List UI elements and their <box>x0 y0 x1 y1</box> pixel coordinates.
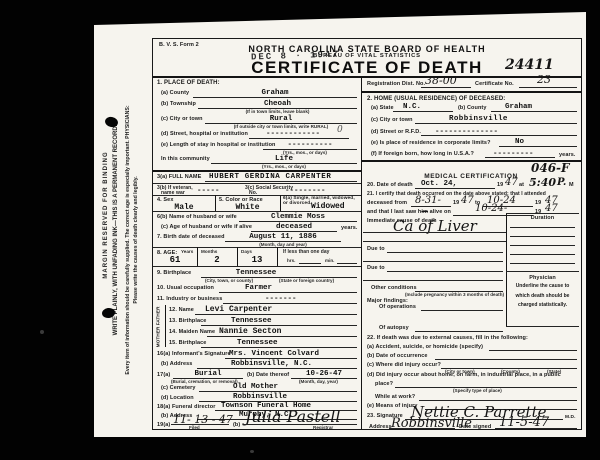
township-value: Cheoah <box>198 100 357 108</box>
cause-line <box>363 280 503 281</box>
field-line <box>499 146 577 147</box>
mother-birthplace-label: 15. Birthplace <box>169 340 206 346</box>
margin-binding-text: MARGIN RESERVED FOR BINDING <box>103 151 109 278</box>
birthplace-note2: (State or foreign country) <box>279 278 334 283</box>
preprinted-19a: 19 <box>497 182 503 188</box>
cause-line <box>363 241 506 242</box>
informant-address-label: (b) Address <box>161 361 192 367</box>
preprinted-19c: 19 <box>535 200 541 206</box>
cell-divider <box>280 195 281 211</box>
duration-box-left <box>506 213 507 326</box>
community-note: (Yrs., mos., or days) <box>211 164 357 169</box>
duration-line <box>510 227 575 228</box>
mother-name-label: 14. Maiden Name <box>169 329 215 335</box>
birth-date-value: August 11, 1886 <box>225 233 341 241</box>
ssn-value: --------- <box>285 187 326 195</box>
physician-note-header: Physician <box>506 275 579 281</box>
external-d-note: (Specify type of place) <box>453 388 502 393</box>
spouse-value: Clemmie Moss <box>239 213 357 221</box>
community-label: In this community <box>161 156 210 162</box>
informant-label: 16(a) Informant's Signature <box>157 351 231 357</box>
death-year-handwritten: 47 <box>505 177 518 188</box>
of-autopsy-label: Of autopsy <box>379 325 409 331</box>
age-days-header: Days <box>241 249 252 254</box>
field-line <box>225 358 357 359</box>
duration-box-top <box>506 213 579 214</box>
field-line <box>195 314 357 315</box>
field-line <box>337 263 357 264</box>
field-line <box>415 188 495 189</box>
external-d-label2: place? <box>375 381 393 387</box>
father-birthplace-value: Tennessee <box>231 317 272 325</box>
scan-noise-speck <box>250 450 254 453</box>
attended-from-year: 47 <box>461 195 474 206</box>
preprinted-19b: 19 <box>453 200 459 206</box>
field-line <box>419 400 577 401</box>
corporate-limits-value: No <box>515 138 524 146</box>
at-label: at <box>519 182 524 188</box>
street-label: (d) Street, hospital or institution <box>161 131 248 137</box>
certificate-no-label: Certificate No. <box>475 81 514 87</box>
field-line <box>243 424 357 425</box>
field-line <box>389 428 455 429</box>
burial-type-note: (Burial, cremation, or removal) <box>171 379 238 384</box>
field-line <box>239 221 357 222</box>
field-line <box>421 87 471 88</box>
age-days-value: 13 <box>237 255 277 265</box>
field-line <box>489 350 577 351</box>
filed-label: Filed <box>189 425 200 430</box>
city-note: (If outside city or town limits, write R… <box>205 124 357 129</box>
last-saw-label: and that I last saw him alive on <box>367 209 451 215</box>
age-months-value: 2 <box>197 255 237 265</box>
field-line <box>249 138 349 139</box>
field-line <box>415 331 503 332</box>
father-name-label: 12. Name <box>169 307 194 313</box>
external-b-label: (b) Date of occurrence <box>367 353 428 359</box>
field-line <box>393 111 453 112</box>
of-operations-label: Of operations <box>379 304 416 310</box>
stay-value: ---------- <box>263 141 357 149</box>
field-line <box>193 97 357 98</box>
years-label: years. <box>341 225 358 231</box>
home-street-label: (d) Street or R.F.D. <box>371 129 421 135</box>
filed-num-label: 19(a) <box>157 422 170 428</box>
field-line <box>299 263 321 264</box>
row-line <box>153 266 361 267</box>
certificate-page: MARGIN RESERVED FOR BINDING WRITE PLAINL… <box>94 12 586 437</box>
margin-every-item-text: Every item of information should be care… <box>125 105 131 374</box>
field-line <box>251 231 337 232</box>
other-conditions-note: (Include pregnancy within 3 months of de… <box>405 292 504 297</box>
birthplace-value: Tennessee <box>201 269 311 277</box>
duration-line <box>510 254 575 255</box>
home-county-value: Graham <box>505 103 532 111</box>
veteran-value: ----- <box>197 187 220 195</box>
death-time-handwritten: 5:40 <box>529 176 556 189</box>
md-label: M.D. <box>565 415 576 420</box>
spouse-label: 6(b) Name of husband or wife <box>157 214 237 220</box>
physician-box-bottom <box>506 326 579 327</box>
header-divider <box>153 76 581 78</box>
father-tag: FATHER <box>157 307 162 326</box>
field-line <box>519 87 577 88</box>
place-of-death-heading: 1. PLACE OF DEATH: <box>157 80 220 86</box>
row-line <box>153 211 361 212</box>
street-value: ------------ <box>249 130 337 138</box>
city-value: Rural <box>205 115 357 123</box>
burial-date-note: (Month, day, year) <box>299 379 338 384</box>
city-label: (c) City or town <box>161 116 203 122</box>
funeral-director-label: 18(a) Funeral director <box>157 404 215 410</box>
foreign-years-label: years. <box>559 152 576 158</box>
due-to-2-label: Due to <box>367 265 385 271</box>
home-state-label: (a) State <box>371 105 394 111</box>
physician-note-text: Underline the cause to which death shoul… <box>509 282 576 311</box>
scanned-death-certificate: MARGIN RESERVED FOR BINDING WRITE PLAINL… <box>0 0 600 460</box>
field-line <box>411 206 451 207</box>
m-label: M <box>569 182 574 188</box>
mother-tag: MOTHER <box>157 327 162 348</box>
marital-label2: or divorced. <box>283 201 312 206</box>
margin-please-text: Please write the causes of death clearly… <box>133 176 139 303</box>
while-at-work-label: While at work? <box>375 394 415 400</box>
marital-value: Widowed <box>311 202 345 211</box>
row-line <box>153 183 361 184</box>
scan-noise-speck <box>40 330 44 334</box>
age-years-header: Years <box>181 249 193 254</box>
section-divider <box>153 170 361 172</box>
informant-value: Mrs. Vincent Colvard <box>229 350 319 358</box>
township-label: (b) Township <box>161 101 196 107</box>
stay-label: (e) Length of stay in hospital or instit… <box>161 142 276 148</box>
county-value: Graham <box>193 89 357 97</box>
full-name-value: HUBERT GERDINA CARPENTER <box>209 173 331 181</box>
birth-date-label: 7. Birth date of deceased <box>157 234 225 240</box>
external-d-label1: (d) Did injury occur about home, on farm… <box>367 372 561 378</box>
field-line <box>171 424 229 425</box>
field-line <box>197 368 357 369</box>
cemetery-label: (c) Cemetery <box>161 385 196 391</box>
father-birthplace-label: 13. Birthplace <box>169 318 206 324</box>
field-line <box>421 310 503 311</box>
pm-handwritten: P. <box>557 177 566 188</box>
township-note: (If in town limits, leave blank) <box>198 109 357 114</box>
external-c-label: (c) Where did injury occur? <box>367 362 441 368</box>
birthplace-label: 9. Birthplace <box>157 270 191 276</box>
registrar-label: Registrar <box>313 425 333 430</box>
means-of-injury-label: (e) Means of injury <box>367 403 418 409</box>
burial-type-value: Burial <box>173 370 243 378</box>
burial-date-value: 10-26-47 <box>291 370 357 378</box>
registrar-b-label: (b) <box>233 422 240 428</box>
street-handwritten-mark: 0 <box>337 125 343 135</box>
field-line <box>201 325 357 326</box>
other-conditions-label: Other conditions <box>371 285 417 291</box>
certificate-form: B. V. S. Form 2 DEC 8 · 1947 NORTH CAROL… <box>152 38 582 430</box>
field-line <box>199 391 357 392</box>
birthplace-note1: (City, town, or county) <box>205 278 253 283</box>
row-line <box>153 247 361 248</box>
home-county-label: (b) County <box>458 105 487 111</box>
full-name-label: 3(a) FULL NAME <box>157 174 201 180</box>
serial-number: 24411 <box>505 57 554 73</box>
field-line <box>205 181 357 182</box>
due-to-1-label: Due to <box>367 246 385 252</box>
occupation-value: Farmer <box>245 284 272 292</box>
duration-line <box>510 263 575 264</box>
industry-label: 11. Industry or business <box>157 296 222 302</box>
mother-birthplace-value: Tennessee <box>237 339 278 347</box>
physician-address-label: Address <box>369 424 392 430</box>
foreign-born-value: --------- <box>493 150 534 158</box>
burial-num-label: 17(a) <box>157 372 170 378</box>
field-line <box>387 252 503 253</box>
foreign-born-label: (f) If foreign born, how long in U.S.A.? <box>371 151 474 157</box>
attended-from-value: 8-31- <box>415 195 441 206</box>
hrs-label: hrs. <box>287 258 295 263</box>
section-divider <box>361 91 581 93</box>
father-name-value: Levi Carpenter <box>205 305 272 314</box>
registration-dist-label: Registration Dist. No. <box>367 81 425 87</box>
field-line <box>415 123 577 124</box>
industry-value: ------- <box>265 295 297 303</box>
column-divider <box>361 76 362 429</box>
certify-line1: 21. I certify that death occurred on the… <box>367 191 546 197</box>
strikethrough-pronoun: im <box>421 209 428 215</box>
home-heading: 2. HOME (USUAL RESIDENCE) OF DECEASED: <box>367 96 505 102</box>
last-saw-date: 10-24- <box>475 203 507 214</box>
community-value: Life <box>211 155 357 163</box>
registration-dist-value: 38-00 <box>425 74 457 87</box>
certificate-no-value: 23 <box>537 73 551 86</box>
margin-plainly-text: WRITE PLAINLY, WITH UNFADING INK—THIS IS… <box>113 125 119 336</box>
age-less-header: If less than one day <box>283 249 329 255</box>
corporate-limits-label: (e) Is place of residence in corporate l… <box>371 140 491 146</box>
cemetery-value: Old Mother <box>233 383 278 391</box>
duration-line <box>510 245 575 246</box>
spouse-age-value: deceased <box>251 223 337 231</box>
field-line <box>491 111 577 112</box>
parent-bracket <box>165 305 166 347</box>
field-line <box>223 303 357 304</box>
spouse-age-label: (c) Age of husband or wife if alive <box>161 224 252 230</box>
home-state-value: N.C. <box>403 103 421 111</box>
home-street-value: -------------- <box>435 128 498 136</box>
occupation-label: 10. Usual occupation <box>157 285 214 291</box>
age-months-header: Months <box>201 249 217 254</box>
date-signed-label: Date signed <box>459 424 491 430</box>
field-line <box>219 292 357 293</box>
duration-line <box>510 236 575 237</box>
location-value: Robbinsville <box>233 393 287 401</box>
external-a-label: (a) Accident, suicide, or homicide (spec… <box>367 344 483 350</box>
physician-box-top <box>506 271 579 272</box>
location-label: (d) Location <box>161 395 194 401</box>
home-city-value: Robbinsville <box>449 115 508 123</box>
field-line <box>435 359 577 360</box>
field-line <box>201 347 357 348</box>
date-of-death-label: 20. Date of death <box>367 182 413 188</box>
informant-address-value: Robbinsville, N.C. <box>231 360 312 368</box>
cell-divider <box>277 247 278 266</box>
date-of-death-value: Oct. 24, <box>421 180 457 188</box>
county-label: (a) County <box>161 90 189 96</box>
min-label: min. <box>325 258 334 263</box>
home-city-label: (c) City or town <box>371 117 413 123</box>
age-years-value: 61 <box>153 255 197 265</box>
burial-date-label: (b) Date thereof <box>247 372 289 378</box>
duration-header: Duration <box>506 215 579 221</box>
cause-line <box>363 232 506 233</box>
mother-name-value: Nannie Secton <box>219 327 281 336</box>
cause-line <box>363 261 503 262</box>
field-line <box>207 336 357 337</box>
field-line <box>495 428 577 429</box>
external-heading: 22. If death was due to external causes,… <box>367 335 528 341</box>
field-line <box>387 271 503 272</box>
attended-from-label: deceased from <box>367 200 407 206</box>
